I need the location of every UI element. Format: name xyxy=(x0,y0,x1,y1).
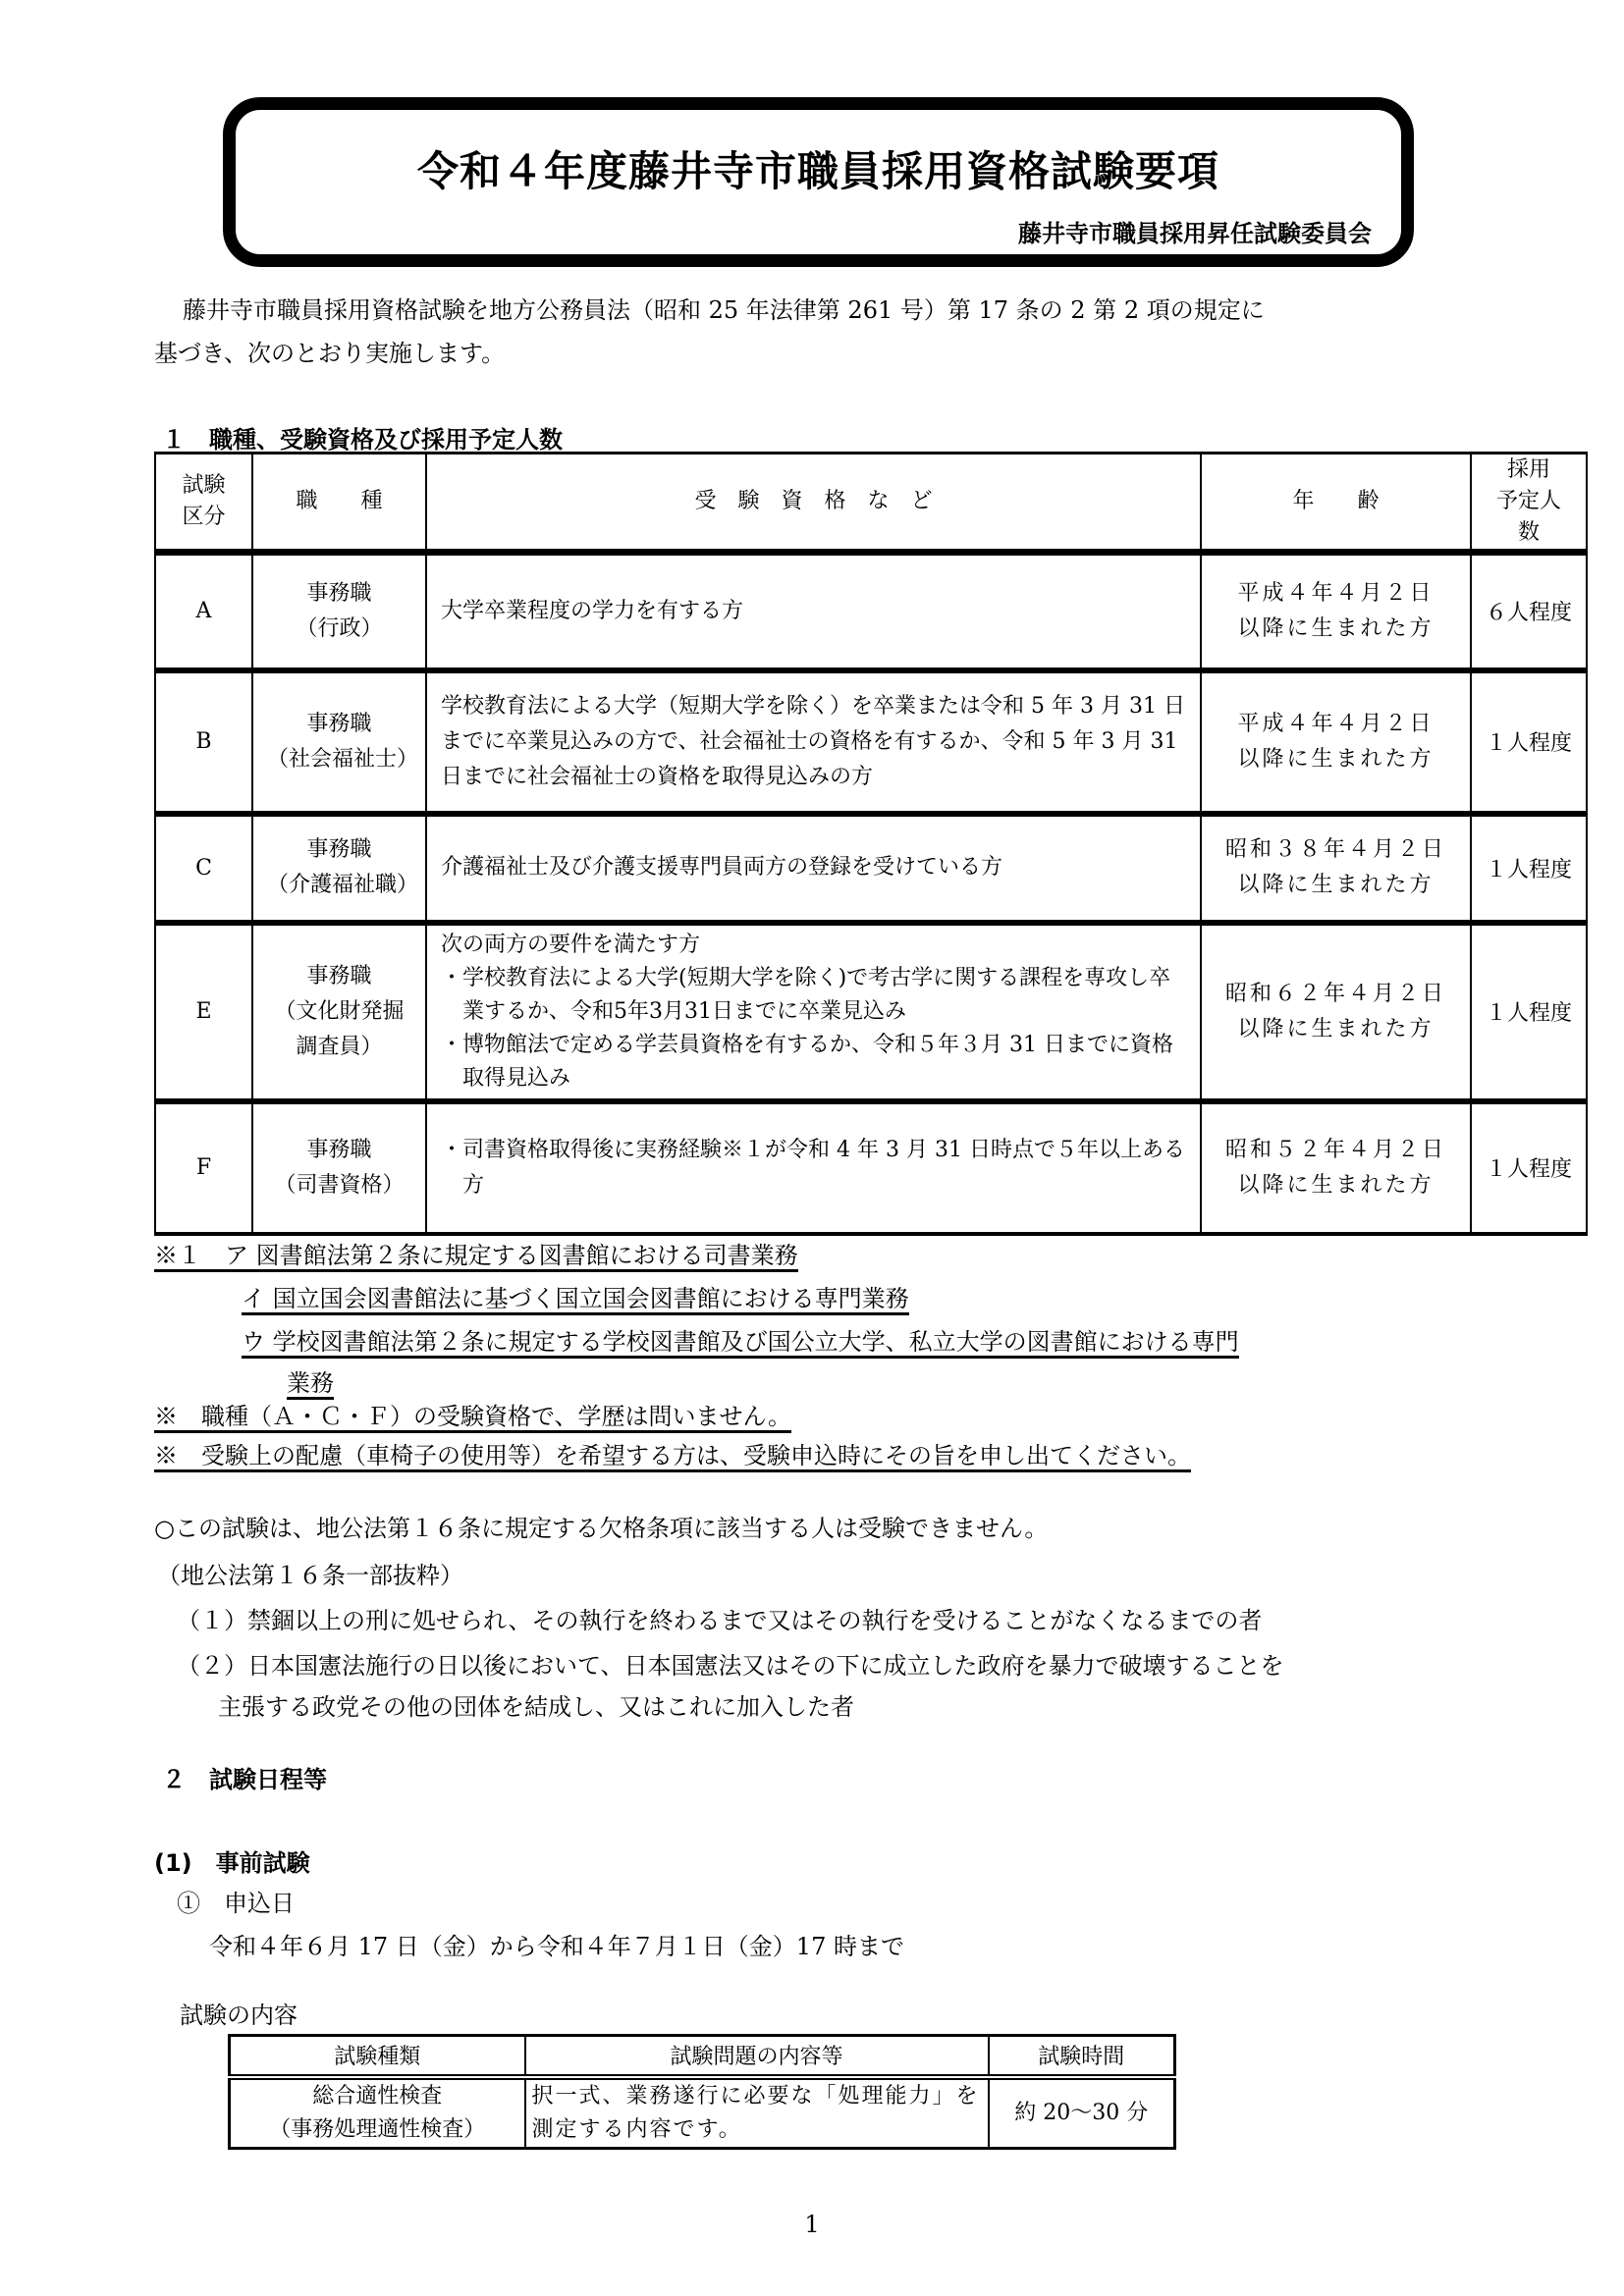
exam-type-cell: 総合適性検査 （事務処理適性検査） xyxy=(230,2077,525,2149)
count-cell: １人程度 xyxy=(1471,1101,1587,1234)
note-1-a: ※１ ア 図書館法第２条に規定する図書館における司書業務 xyxy=(154,1239,798,1272)
exam-content-cell: 択一式、業務遂行に必要な「処理能力」を測定する内容です。 xyxy=(525,2077,989,2149)
intro-line-1: 藤井寺市職員採用資格試験を地方公務員法（昭和 25 年法律第 261 号）第 1… xyxy=(183,289,1265,332)
header-age: 年 齢 xyxy=(1201,454,1471,553)
qualification-cell: 学校教育法による大学（短期大学を除く）を卒業または令和 5 年 3 月 31 日… xyxy=(426,670,1201,814)
header-qualification: 受 験 資 格 な ど xyxy=(426,454,1201,553)
qualification-cell: 介護福祉士及び介護支援専門員両方の登録を受けている方 xyxy=(426,814,1201,923)
qualification-bullet: ・司書資格取得後に実務経験※１が令和 4 年 3 月 31 日時点で５年以上ある… xyxy=(441,1133,1186,1203)
exam-content-table: 試験種類 試験問題の内容等 試験時間 総合適性検査 （事務処理適性検査） 択一式… xyxy=(228,2034,1176,2150)
disqualification-item-2-cont: 主張する政党その他の団体を結成し、又はこれに加入した者 xyxy=(218,1690,854,1724)
job-cell: 事務職 （司書資格） xyxy=(252,1101,426,1234)
qualification-cell: 次の両方の要件を満たす方 ・学校教育法による大学(短期大学を除く)で考古学に関す… xyxy=(426,923,1201,1101)
qualification-cell: 大学卒業程度の学力を有する方 xyxy=(426,553,1201,670)
header-job: 職 種 xyxy=(252,454,426,553)
application-period: 令和４年６月 17 日（金）から令和４年７月１日（金）17 時まで xyxy=(209,1930,904,1963)
header-exam-duration: 試験時間 xyxy=(989,2036,1175,2077)
section1-heading: １ 職種、受験資格及び採用予定人数 xyxy=(162,420,563,454)
intro-line-2: 基づき、次のとおり実施します。 xyxy=(154,332,505,375)
disqualification-item-1: （１）禁錮以上の刑に処せられ、その執行を終わるまで又はその執行を受けることがなく… xyxy=(177,1604,1262,1637)
table-row: A 事務職 （行政） 大学卒業程度の学力を有する方 平成４年４月２日 以降に生ま… xyxy=(155,553,1587,670)
job-cell: 事務職 （介護福祉職） xyxy=(252,814,426,923)
exam-content-label: 試験の内容 xyxy=(180,1999,298,2032)
positions-table: 試験 区分 職 種 受 験 資 格 な ど 年 齢 採用 予定人 数 A 事務職… xyxy=(154,452,1588,1236)
note-1-i: イ 国立国会図書館法に基づく国立国会図書館における専門業務 xyxy=(242,1282,909,1315)
count-cell: ６人程度 xyxy=(1471,553,1587,670)
title-box: 令和４年度藤井寺市職員採用資格試験要項 藤井寺市職員採用昇任試験委員会 xyxy=(223,97,1414,267)
division-cell: A xyxy=(155,553,252,670)
header-count: 採用 予定人 数 xyxy=(1471,454,1587,553)
division-cell: E xyxy=(155,923,252,1101)
division-cell: B xyxy=(155,670,252,814)
disqualification-excerpt: （地公法第１６条一部抜粋） xyxy=(157,1559,463,1592)
count-cell: １人程度 xyxy=(1471,923,1587,1101)
job-cell: 事務職 （文化財発掘 調査員） xyxy=(252,923,426,1101)
header-exam-content: 試験問題の内容等 xyxy=(525,2036,989,2077)
qualification-cell: ・司書資格取得後に実務経験※１が令和 4 年 3 月 31 日時点で５年以上ある… xyxy=(426,1101,1201,1234)
age-cell: 昭和６２年４月２日 以降に生まれた方 xyxy=(1201,923,1471,1101)
disqualification-item-2: （２）日本国憲法施行の日以後において、日本国憲法又はその下に成立した政府を暴力で… xyxy=(177,1649,1284,1682)
count-cell: １人程度 xyxy=(1471,814,1587,923)
qualification-bullet: ・学校教育法による大学(短期大学を除く)で考古学に関する課程を専攻し卒業するか、… xyxy=(441,962,1186,1029)
table-row: B 事務職 （社会福祉士） 学校教育法による大学（短期大学を除く）を卒業または令… xyxy=(155,670,1587,814)
age-cell: 昭和５２年４月２日 以降に生まれた方 xyxy=(1201,1101,1471,1234)
table-row: 総合適性検査 （事務処理適性検査） 択一式、業務遂行に必要な「処理能力」を測定す… xyxy=(230,2077,1175,2149)
age-cell: 平成４年４月２日 以降に生まれた方 xyxy=(1201,670,1471,814)
division-cell: C xyxy=(155,814,252,923)
job-cell: 事務職 （行政） xyxy=(252,553,426,670)
exam-duration-cell: 約 20～30 分 xyxy=(989,2077,1175,2149)
issuer-name: 藤井寺市職員採用昇任試験委員会 xyxy=(1018,214,1372,248)
header-division: 試験 区分 xyxy=(155,454,252,553)
note-2: ※ 職種（Ａ・Ｃ・Ｆ）の受験資格で、学歴は問いません。 xyxy=(154,1400,791,1433)
application-label: ① 申込日 xyxy=(177,1887,295,1920)
qualification-bullet: ・博物館法で定める学芸員資格を有するか、令和５年３月 31 日までに資格取得見込… xyxy=(441,1029,1186,1095)
division-cell: F xyxy=(155,1101,252,1234)
table-row: E 事務職 （文化財発掘 調査員） 次の両方の要件を満たす方 ・学校教育法による… xyxy=(155,923,1587,1101)
count-cell: １人程度 xyxy=(1471,670,1587,814)
age-cell: 昭和３８年４月２日 以降に生まれた方 xyxy=(1201,814,1471,923)
note-1-u-cont: 業務 xyxy=(287,1366,334,1400)
header-exam-type: 試験種類 xyxy=(230,2036,525,2077)
note-3: ※ 受験上の配慮（車椅子の使用等）を希望する方は、受験申込時にその旨を申し出てく… xyxy=(154,1439,1191,1472)
note-1-u: ウ 学校図書館法第２条に規定する学校図書館及び国公立大学、私立大学の図書館におけ… xyxy=(242,1325,1239,1359)
age-cell: 平成４年４月２日 以降に生まれた方 xyxy=(1201,553,1471,670)
document-title: 令和４年度藤井寺市職員採用資格試験要項 xyxy=(236,139,1401,198)
table-row: F 事務職 （司書資格） ・司書資格取得後に実務経験※１が令和 4 年 3 月 … xyxy=(155,1101,1587,1234)
job-cell: 事務職 （社会福祉士） xyxy=(252,670,426,814)
table-header-row: 試験種類 試験問題の内容等 試験時間 xyxy=(230,2036,1175,2077)
table-row: C 事務職 （介護福祉職） 介護福祉士及び介護支援専門員両方の登録を受けている方… xyxy=(155,814,1587,923)
section2-heading: ２ 試験日程等 xyxy=(162,1760,327,1794)
disqualification-main: ○この試験は、地公法第１６条に規定する欠格条項に該当する人は受験できません。 xyxy=(154,1512,1048,1545)
table-header-row: 試験 区分 職 種 受 験 資 格 な ど 年 齢 採用 予定人 数 xyxy=(155,454,1587,553)
pre-exam-heading: (1) 事前試験 xyxy=(154,1843,310,1878)
page-number: 1 xyxy=(0,2211,1624,2238)
